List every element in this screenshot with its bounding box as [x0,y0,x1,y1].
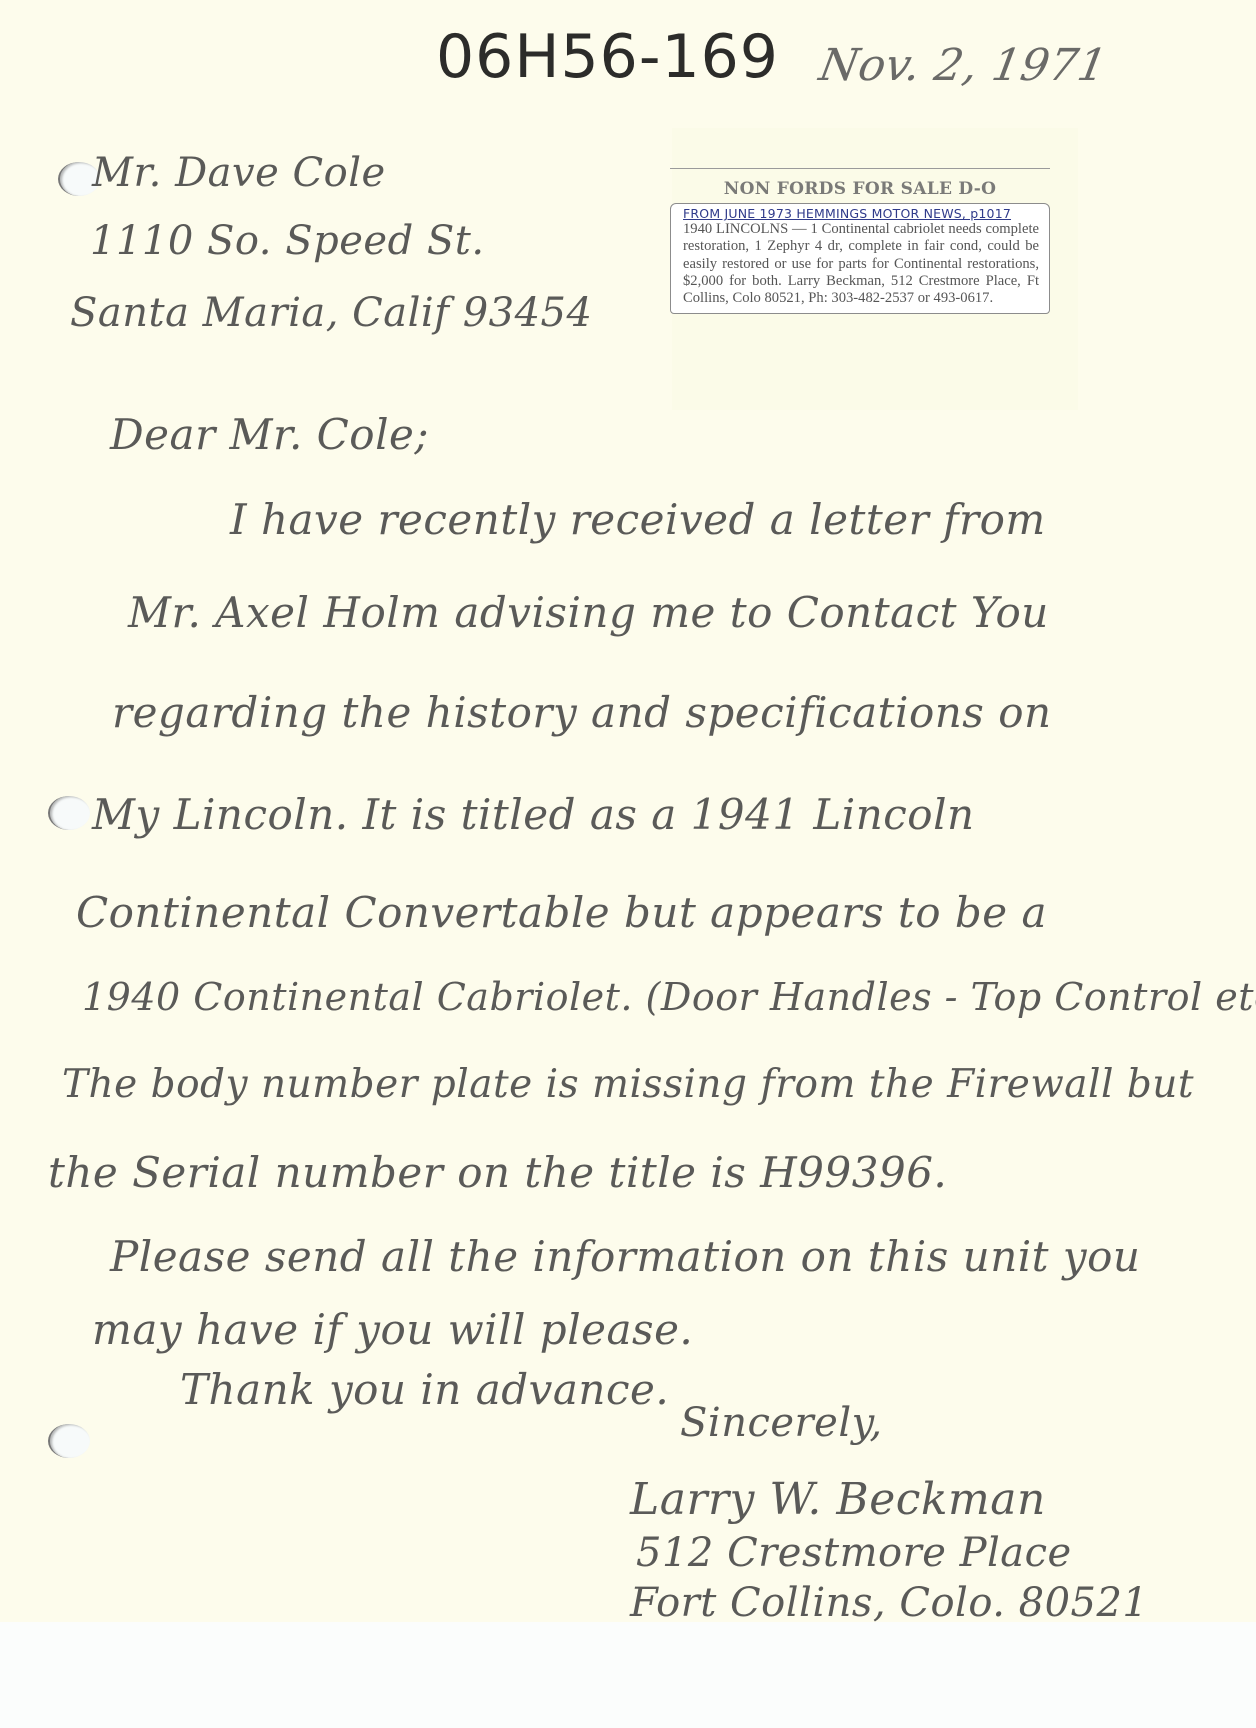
recipient-name: Mr. Dave Cole [92,150,386,196]
body-line: may have if you will please. [92,1305,693,1354]
recipient-street: 1110 So. Speed St. [90,218,485,264]
body-line: Continental Convertable but appears to b… [76,888,1047,937]
signature: Larry W. Beckman [630,1474,1046,1525]
clipping-source-note: FROM JUNE 1973 HEMMINGS MOTOR NEWS, p101… [683,206,1039,221]
closing: Sincerely, [680,1400,883,1446]
salutation: Dear Mr. Cole; [110,410,429,459]
clipping-ad-box: FROM JUNE 1973 HEMMINGS MOTOR NEWS, p101… [670,203,1050,314]
recipient-city: Santa Maria, Calif 93454 [70,290,592,336]
body-line: Please send all the information on this … [110,1232,1140,1281]
body-line: The body number plate is missing from th… [62,1062,1194,1107]
sender-city: Fort Collins, Colo. 80521 [630,1580,1148,1626]
punch-hole [48,1424,90,1458]
body-line: regarding the history and specifications… [112,688,1052,737]
newspaper-clipping: NON FORDS FOR SALE D-O FROM JUNE 1973 HE… [670,168,1050,314]
sender-street: 512 Crestmore Place [636,1530,1072,1576]
body-line: Mr. Axel Holm advising me to Contact You [128,588,1049,637]
body-line: the Serial number on the title is H99396… [48,1148,947,1197]
body-line: I have recently received a letter from [230,495,1046,544]
letter-date: Nov. 2, 1971 [816,40,1112,91]
clipping-ad-text: 1940 LINCOLNS — 1 Continental cabriolet … [683,221,1039,307]
punch-hole [48,796,90,830]
body-line: Thank you in advance. [180,1365,669,1414]
body-line: My Lincoln. It is titled as a 1941 Linco… [92,790,975,839]
letter-paper: 06H56-169 Nov. 2, 1971 Mr. Dave Cole 111… [0,0,1256,1622]
clipping-heading: NON FORDS FOR SALE D-O [670,179,1050,199]
file-number: 06H56-169 [436,22,779,92]
body-line: 1940 Continental Cabriolet. (Door Handle… [82,975,1256,1019]
